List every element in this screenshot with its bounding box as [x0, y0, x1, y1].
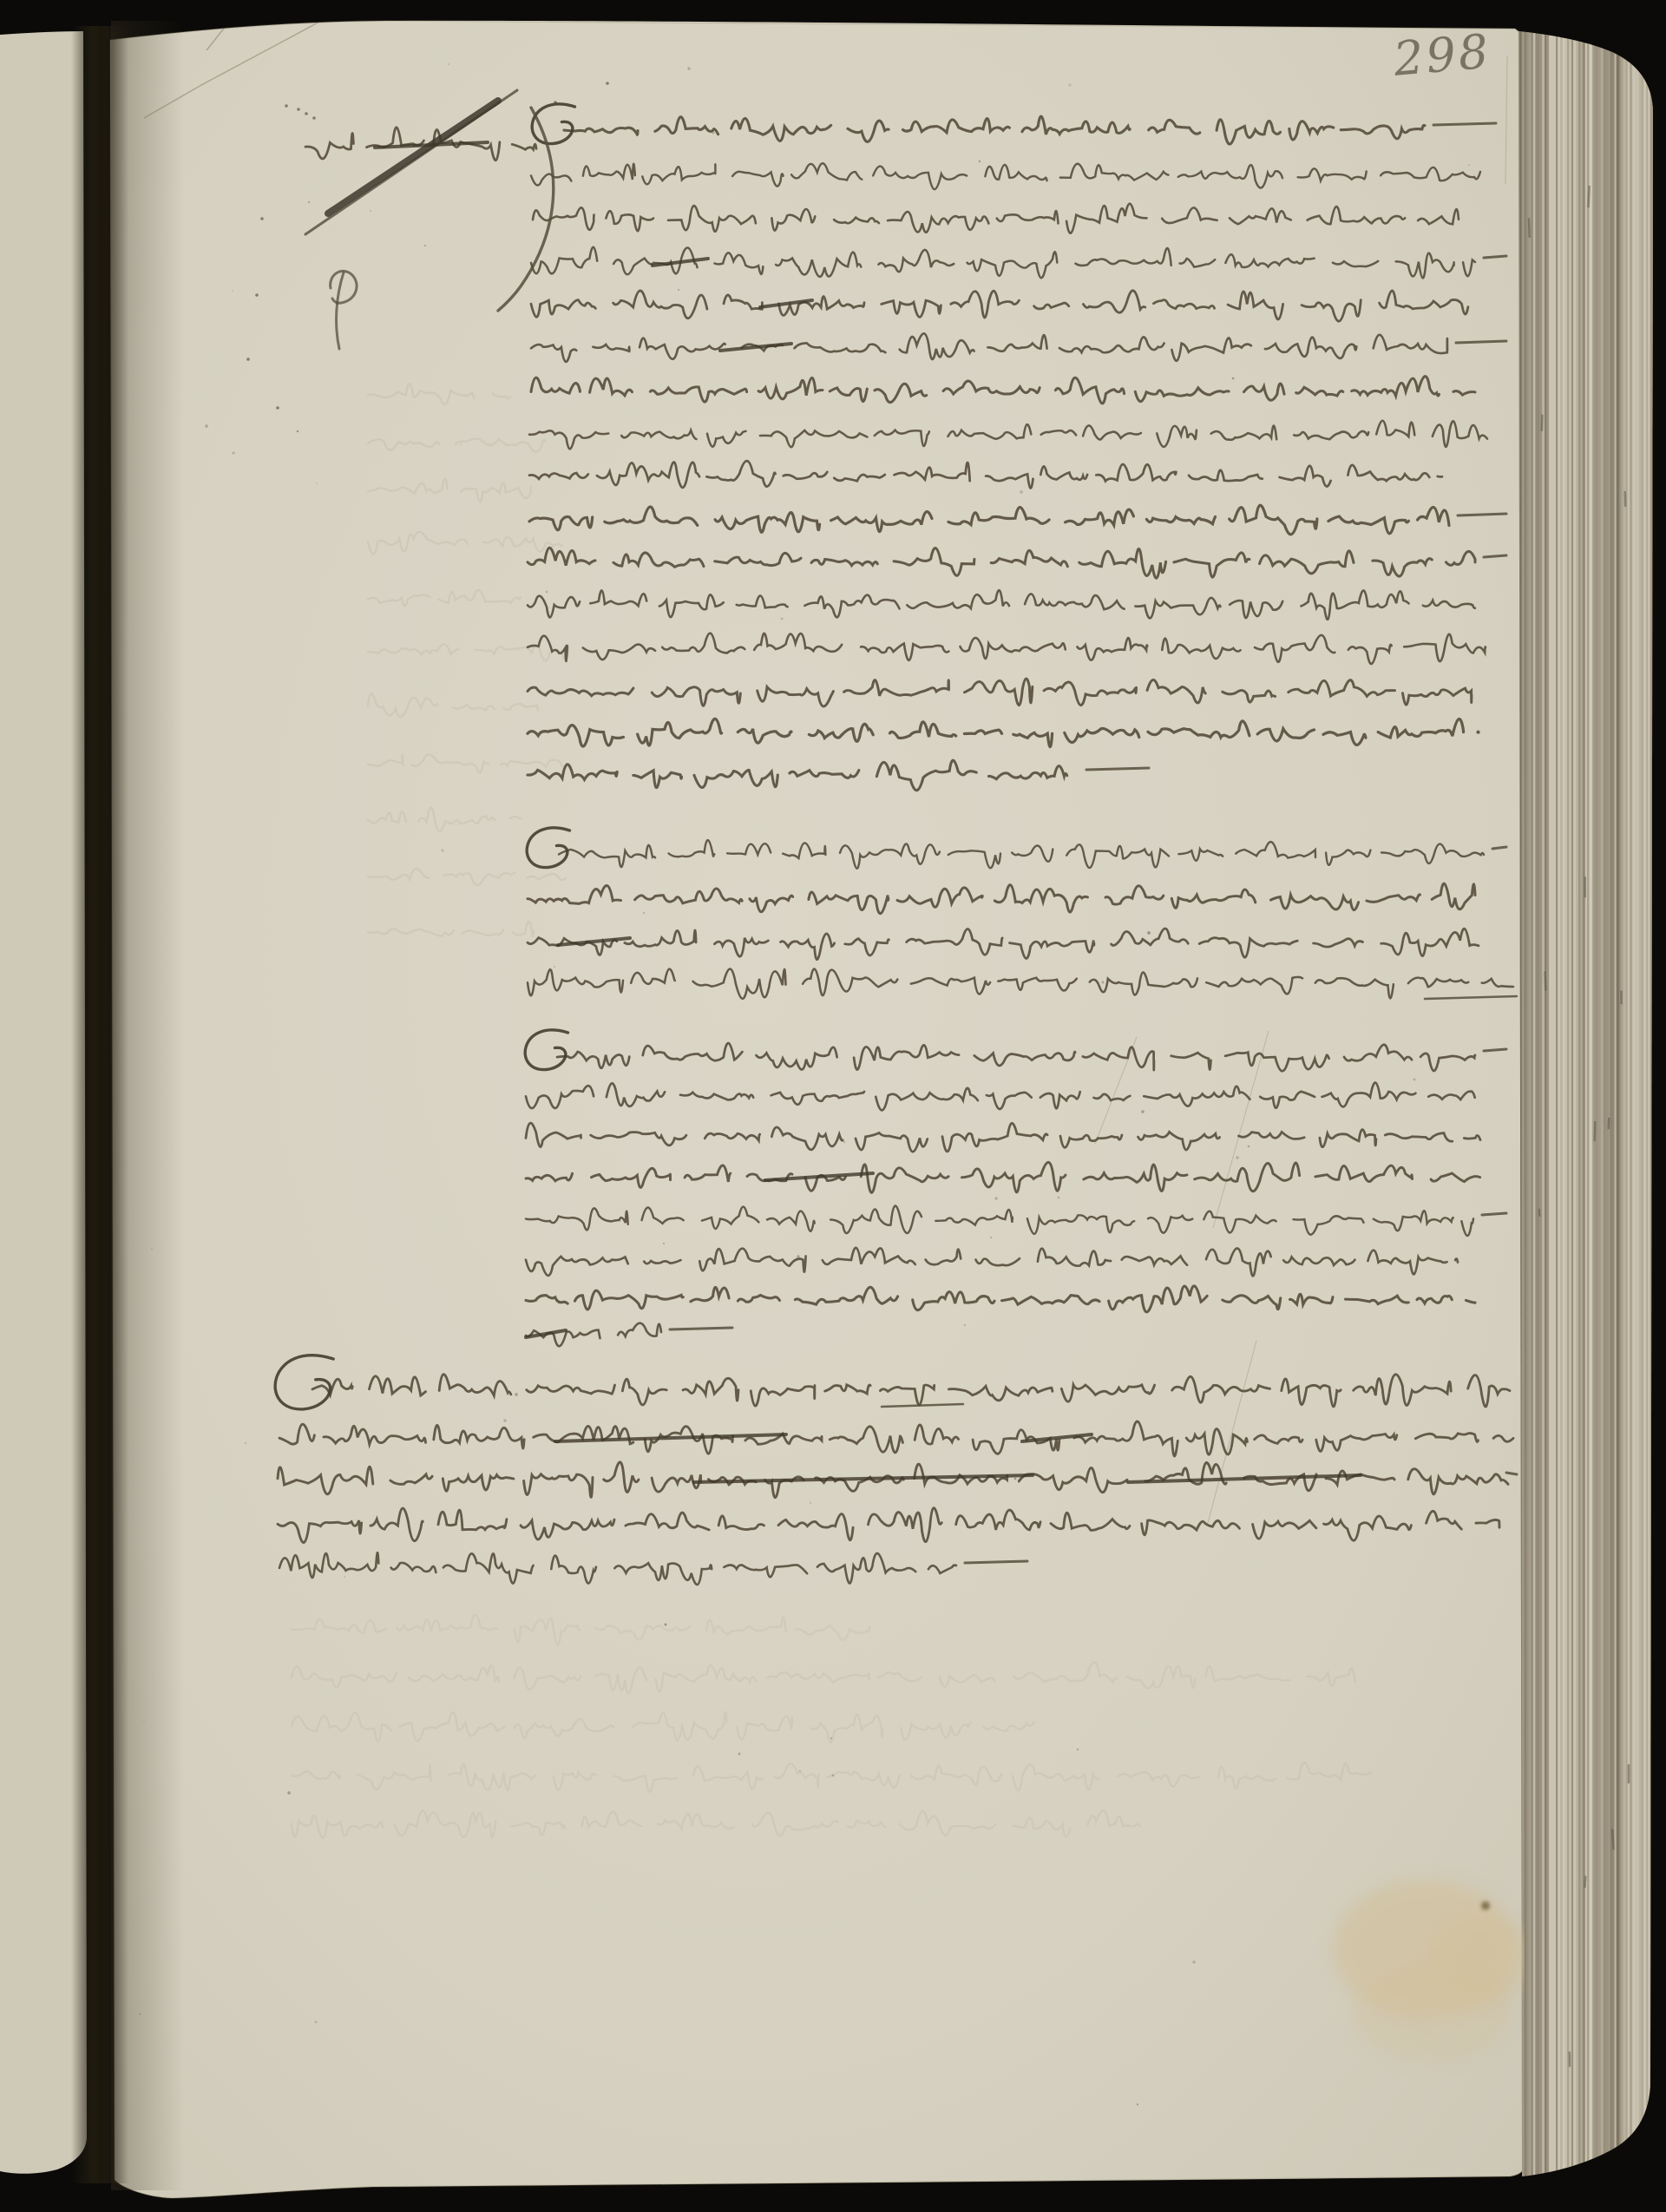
book-scan: 298 [0, 0, 1666, 2212]
ink-spatter [312, 116, 316, 120]
fore-edge-blotch [1584, 1876, 1585, 1888]
line-filler-dash [1456, 341, 1506, 343]
ink-spatter [276, 406, 279, 410]
line-filler-dash [1482, 1213, 1506, 1215]
fore-edge-blotch [1588, 186, 1589, 207]
line-filler-dash [1484, 555, 1506, 557]
line-filler-dash [1433, 123, 1496, 125]
stain-edge [1430, 1914, 1531, 2005]
line-filler-dash [1086, 768, 1149, 770]
line-filler-dash [965, 1561, 1027, 1563]
ink-spatter [285, 104, 288, 108]
manuscript-scan: 298 [0, 0, 1666, 2212]
line-filler-dash [1458, 514, 1506, 515]
fore-edge-blotch [1545, 971, 1546, 990]
line-filler-dash [1484, 1049, 1506, 1051]
line-filler-dash [1492, 847, 1506, 849]
fore-edge-blotch [1542, 415, 1543, 431]
ink-spatter [246, 358, 250, 361]
ink-spatter [297, 108, 300, 111]
ink-spatter [255, 293, 259, 297]
stain-dot [1481, 1901, 1490, 1910]
ink-spatter [606, 82, 609, 85]
page-number: 298 [1391, 23, 1493, 87]
gutter-shadow [71, 26, 128, 2183]
ink-spatter [305, 112, 308, 115]
ink-spatter [260, 217, 264, 220]
fore-edge-blotch [1595, 1121, 1596, 1141]
fore-edge-blotch [1612, 1829, 1613, 1850]
fore-edge-stack [1517, 23, 1654, 2182]
line-filler-dash [1484, 256, 1506, 258]
line-filler-dash [1506, 1473, 1517, 1474]
line-filler-dash [670, 1328, 732, 1329]
